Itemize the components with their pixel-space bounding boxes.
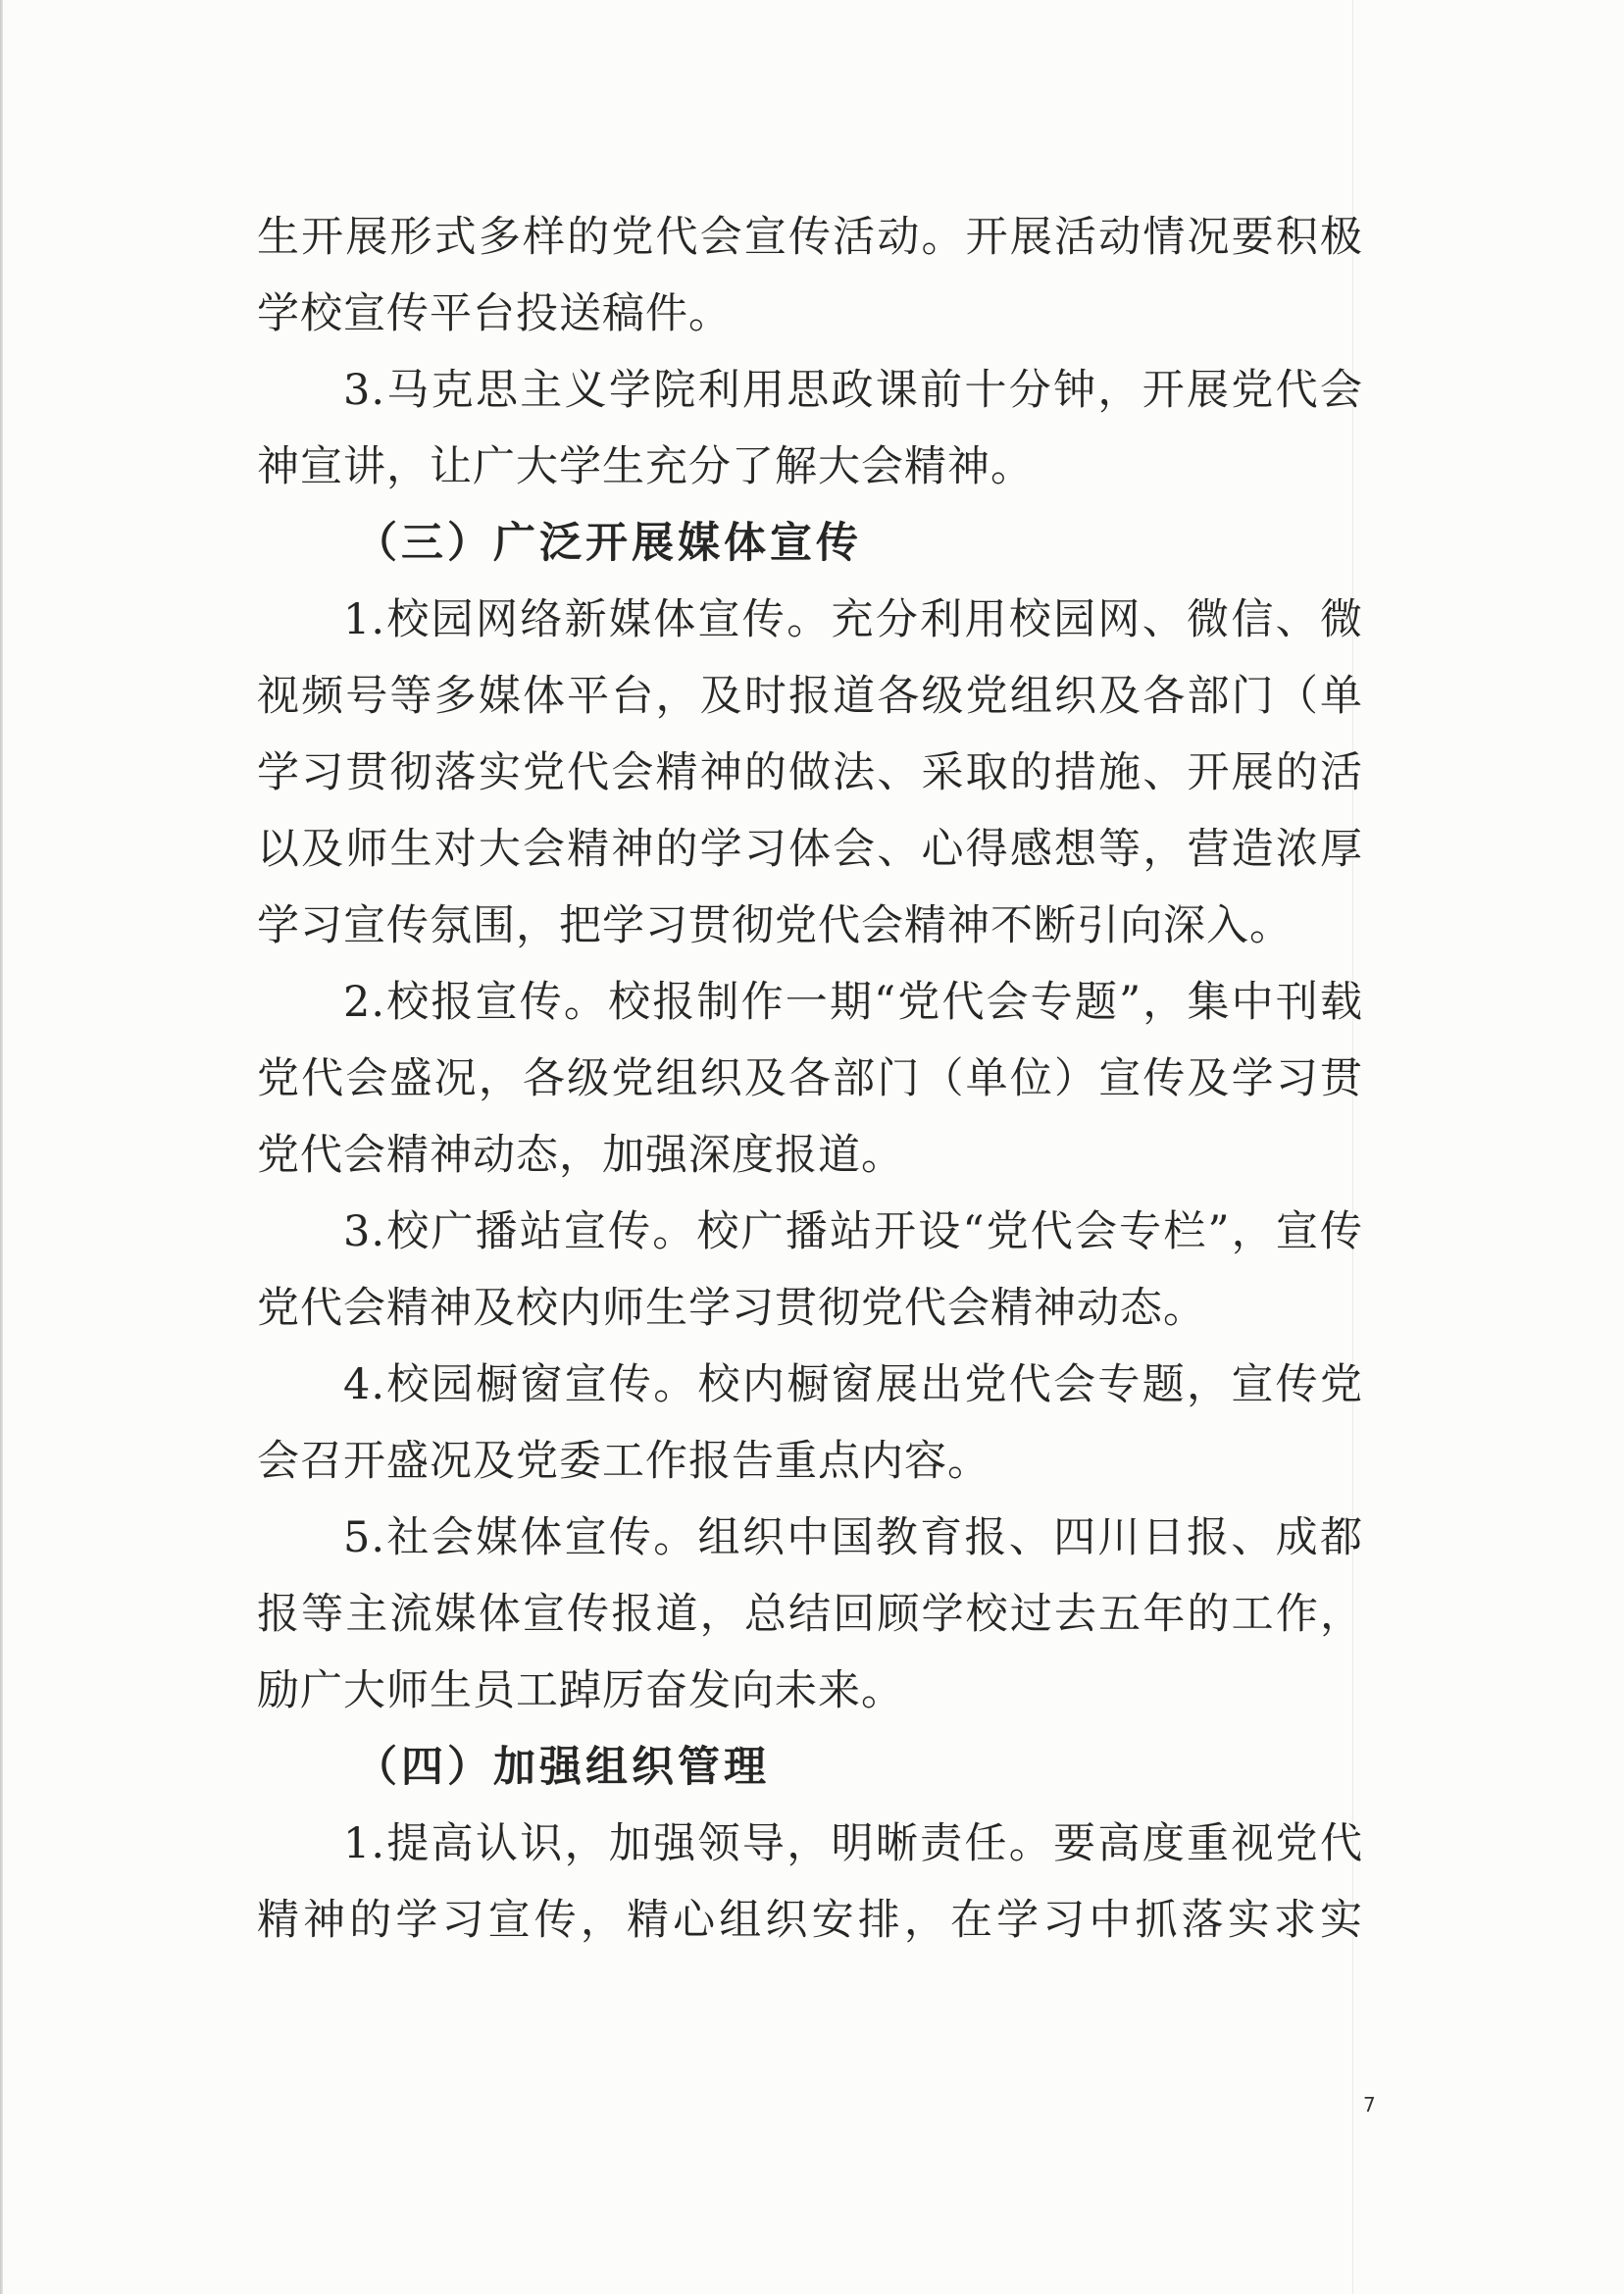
list-item-line: 1.提高认识，加强领导，明晰责任。要高度重视党代会 [257, 1806, 1363, 1882]
paragraph-line: 学校宣传平台投送稿件。 [257, 276, 1363, 352]
section-heading: （三）广泛开展媒体宣传 [257, 505, 1363, 582]
paragraph-line: 报等主流媒体宣传报道，总结回顾学校过去五年的工作，激 [257, 1576, 1363, 1653]
list-item-line: 1.校园网络新媒体宣传。充分利用校园网、微信、微博、 [257, 582, 1363, 658]
paragraph-line: 学习宣传氛围，把学习贯彻党代会精神不断引向深入。 [257, 888, 1363, 964]
document-page: 生开展形式多样的党代会宣传活动。开展活动情况要积极向 学校宣传平台投送稿件。 3… [0, 0, 1624, 2294]
list-item-line: 2.校报宣传。校报制作一期“党代会专题”，集中刊载 [257, 964, 1363, 1041]
paragraph-line: 党代会精神动态，加强深度报道。 [257, 1117, 1363, 1194]
paragraph-line: 学习贯彻落实党代会精神的做法、采取的措施、开展的活动 [257, 735, 1363, 811]
list-item-line: 3.校广播站宣传。校广播站开设“党代会专栏”，宣传 [257, 1194, 1363, 1270]
paragraph-line: 视频号等多媒体平台，及时报道各级党组织及各部门（单位） [257, 658, 1363, 735]
list-item-line: 4.校园橱窗宣传。校内橱窗展出党代会专题，宣传党代 [257, 1347, 1363, 1423]
paragraph-line: 生开展形式多样的党代会宣传活动。开展活动情况要积极向 [257, 199, 1363, 276]
paragraph-line: 党代会精神及校内师生学习贯彻党代会精神动态。 [257, 1270, 1363, 1347]
paragraph-line: 会召开盛况及党委工作报告重点内容。 [257, 1423, 1363, 1500]
page-number: 7 [1363, 2093, 1376, 2116]
paragraph-line: 以及师生对大会精神的学习体会、心得感想等，营造浓厚的 [257, 811, 1363, 888]
paragraph-line: 党代会盛况，各级党组织及各部门（单位）宣传及学习贯彻 [257, 1041, 1363, 1117]
section-heading: （四）加强组织管理 [257, 1729, 1363, 1806]
paragraph-line: 励广大师生员工踔厉奋发向未来。 [257, 1653, 1363, 1729]
paragraph-line: 精神的学习宣传，精心组织安排，在学习中抓落实求实效。 [257, 1882, 1363, 1959]
paragraph-line: 神宣讲，让广大学生充分了解大会精神。 [257, 429, 1363, 505]
list-item-line: 5.社会媒体宣传。组织中国教育报、四川日报、成都日 [257, 1500, 1363, 1576]
list-item-line: 3.马克思主义学院利用思政课前十分钟，开展党代会精 [257, 352, 1363, 429]
